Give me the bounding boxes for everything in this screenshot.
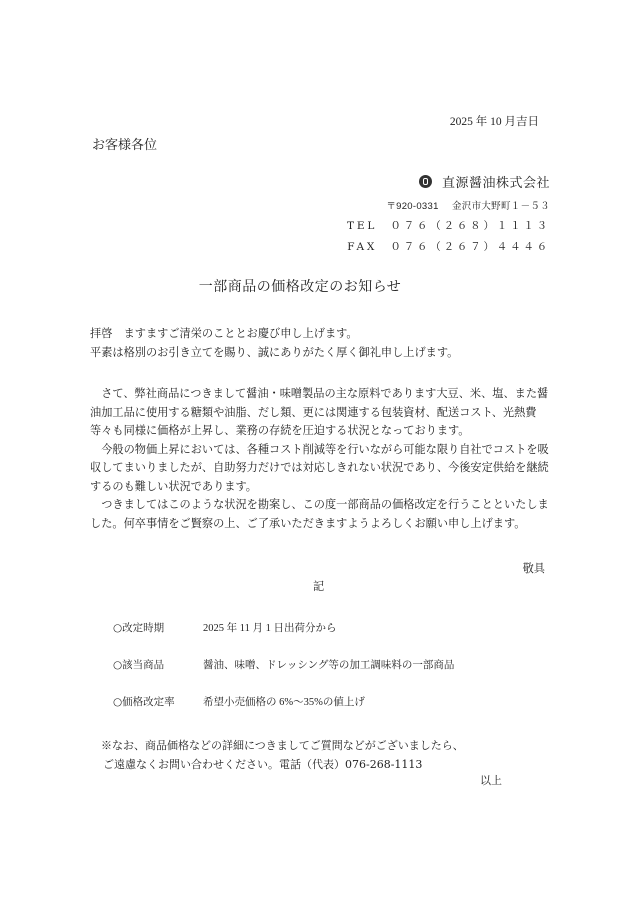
addressee: お客様各位 — [92, 134, 157, 153]
document-title: 一部商品の価格改定のお知らせ — [0, 276, 600, 296]
detail-row-revision-date: ○改定時期 2025 年 11 月 1 日出荷分から — [113, 620, 337, 635]
greeting-line-1: 拝啓 ますますご清栄のこととお慶び申し上げます。 — [90, 325, 550, 344]
body-paragraphs: さて、弊社商品につきまして醤油・味噌製品の主な原料であります大豆、米、塩、また醤… — [90, 385, 550, 533]
detail-value: 2025 年 11 月 1 日出荷分から — [203, 620, 337, 635]
street-address: 金沢市大野町１－５３ — [452, 201, 550, 212]
detail-label: ○改定時期 — [113, 620, 203, 635]
company-name: 直源醤油株式会社 — [442, 172, 550, 191]
document-date: 2025 年 10 月吉日 — [450, 113, 539, 129]
company-tel: TEL ０７６（２６８）１１１３ — [347, 218, 550, 233]
paragraph: つきましてはこのような状況を勘案し、この度一部商品の価格改定を行うことといたしま… — [90, 496, 550, 533]
paragraph: さて、弊社商品につきまして醤油・味噌製品の主な原料であります大豆、米、塩、また醤… — [90, 385, 550, 441]
detail-row-rate: ○価格改定率 希望小売価格の 6%～35%の値上げ — [113, 694, 365, 709]
footer-note-line-1: ※なお、商品価格などの詳細につきましてご質問などがございましたら、 — [101, 736, 464, 755]
end-mark: 以上 — [480, 772, 502, 788]
footer-note-line-2: ご遠慮なくお問い合わせください。電話（代表）076-268-1113 — [101, 755, 464, 774]
greeting-line-2: 平素は格別のお引き立てを賜り、誠にありがたく厚く御礼申し上げます。 — [90, 344, 550, 363]
company-info: 直源醤油株式会社 〒920-0331 金沢市大野町１－５３ TEL ０７６（２６… — [347, 170, 550, 254]
company-name-line: 直源醤油株式会社 — [347, 170, 550, 192]
detail-label: ○該当商品 — [113, 657, 203, 672]
company-crest-icon — [419, 175, 432, 188]
company-address: 〒920-0331 金沢市大野町１－５３ — [347, 198, 550, 212]
paragraph: 今般の物価上昇においては、各種コスト削減等を行いながら可能な限り自社でコストを吸… — [90, 441, 550, 497]
detail-value: 希望小売価格の 6%～35%の値上げ — [203, 694, 365, 709]
company-fax: FAX ０７６（２６７）４４４６ — [347, 239, 550, 254]
closing-keigu: 敬具 — [523, 560, 545, 576]
detail-row-products: ○該当商品 醤油、味噌、ドレッシング等の加工調味料の一部商品 — [113, 657, 454, 672]
detail-value: 醤油、味噌、ドレッシング等の加工調味料の一部商品 — [203, 657, 454, 672]
notes-heading: 記 — [313, 578, 324, 594]
postal-code: 〒920-0331 — [386, 201, 438, 212]
detail-label: ○価格改定率 — [113, 694, 203, 709]
greeting: 拝啓 ますますご清栄のこととお慶び申し上げます。 平素は格別のお引き立てを賜り、… — [90, 325, 550, 362]
footer-note: ※なお、商品価格などの詳細につきましてご質問などがございましたら、 ご遠慮なくお… — [101, 736, 464, 774]
